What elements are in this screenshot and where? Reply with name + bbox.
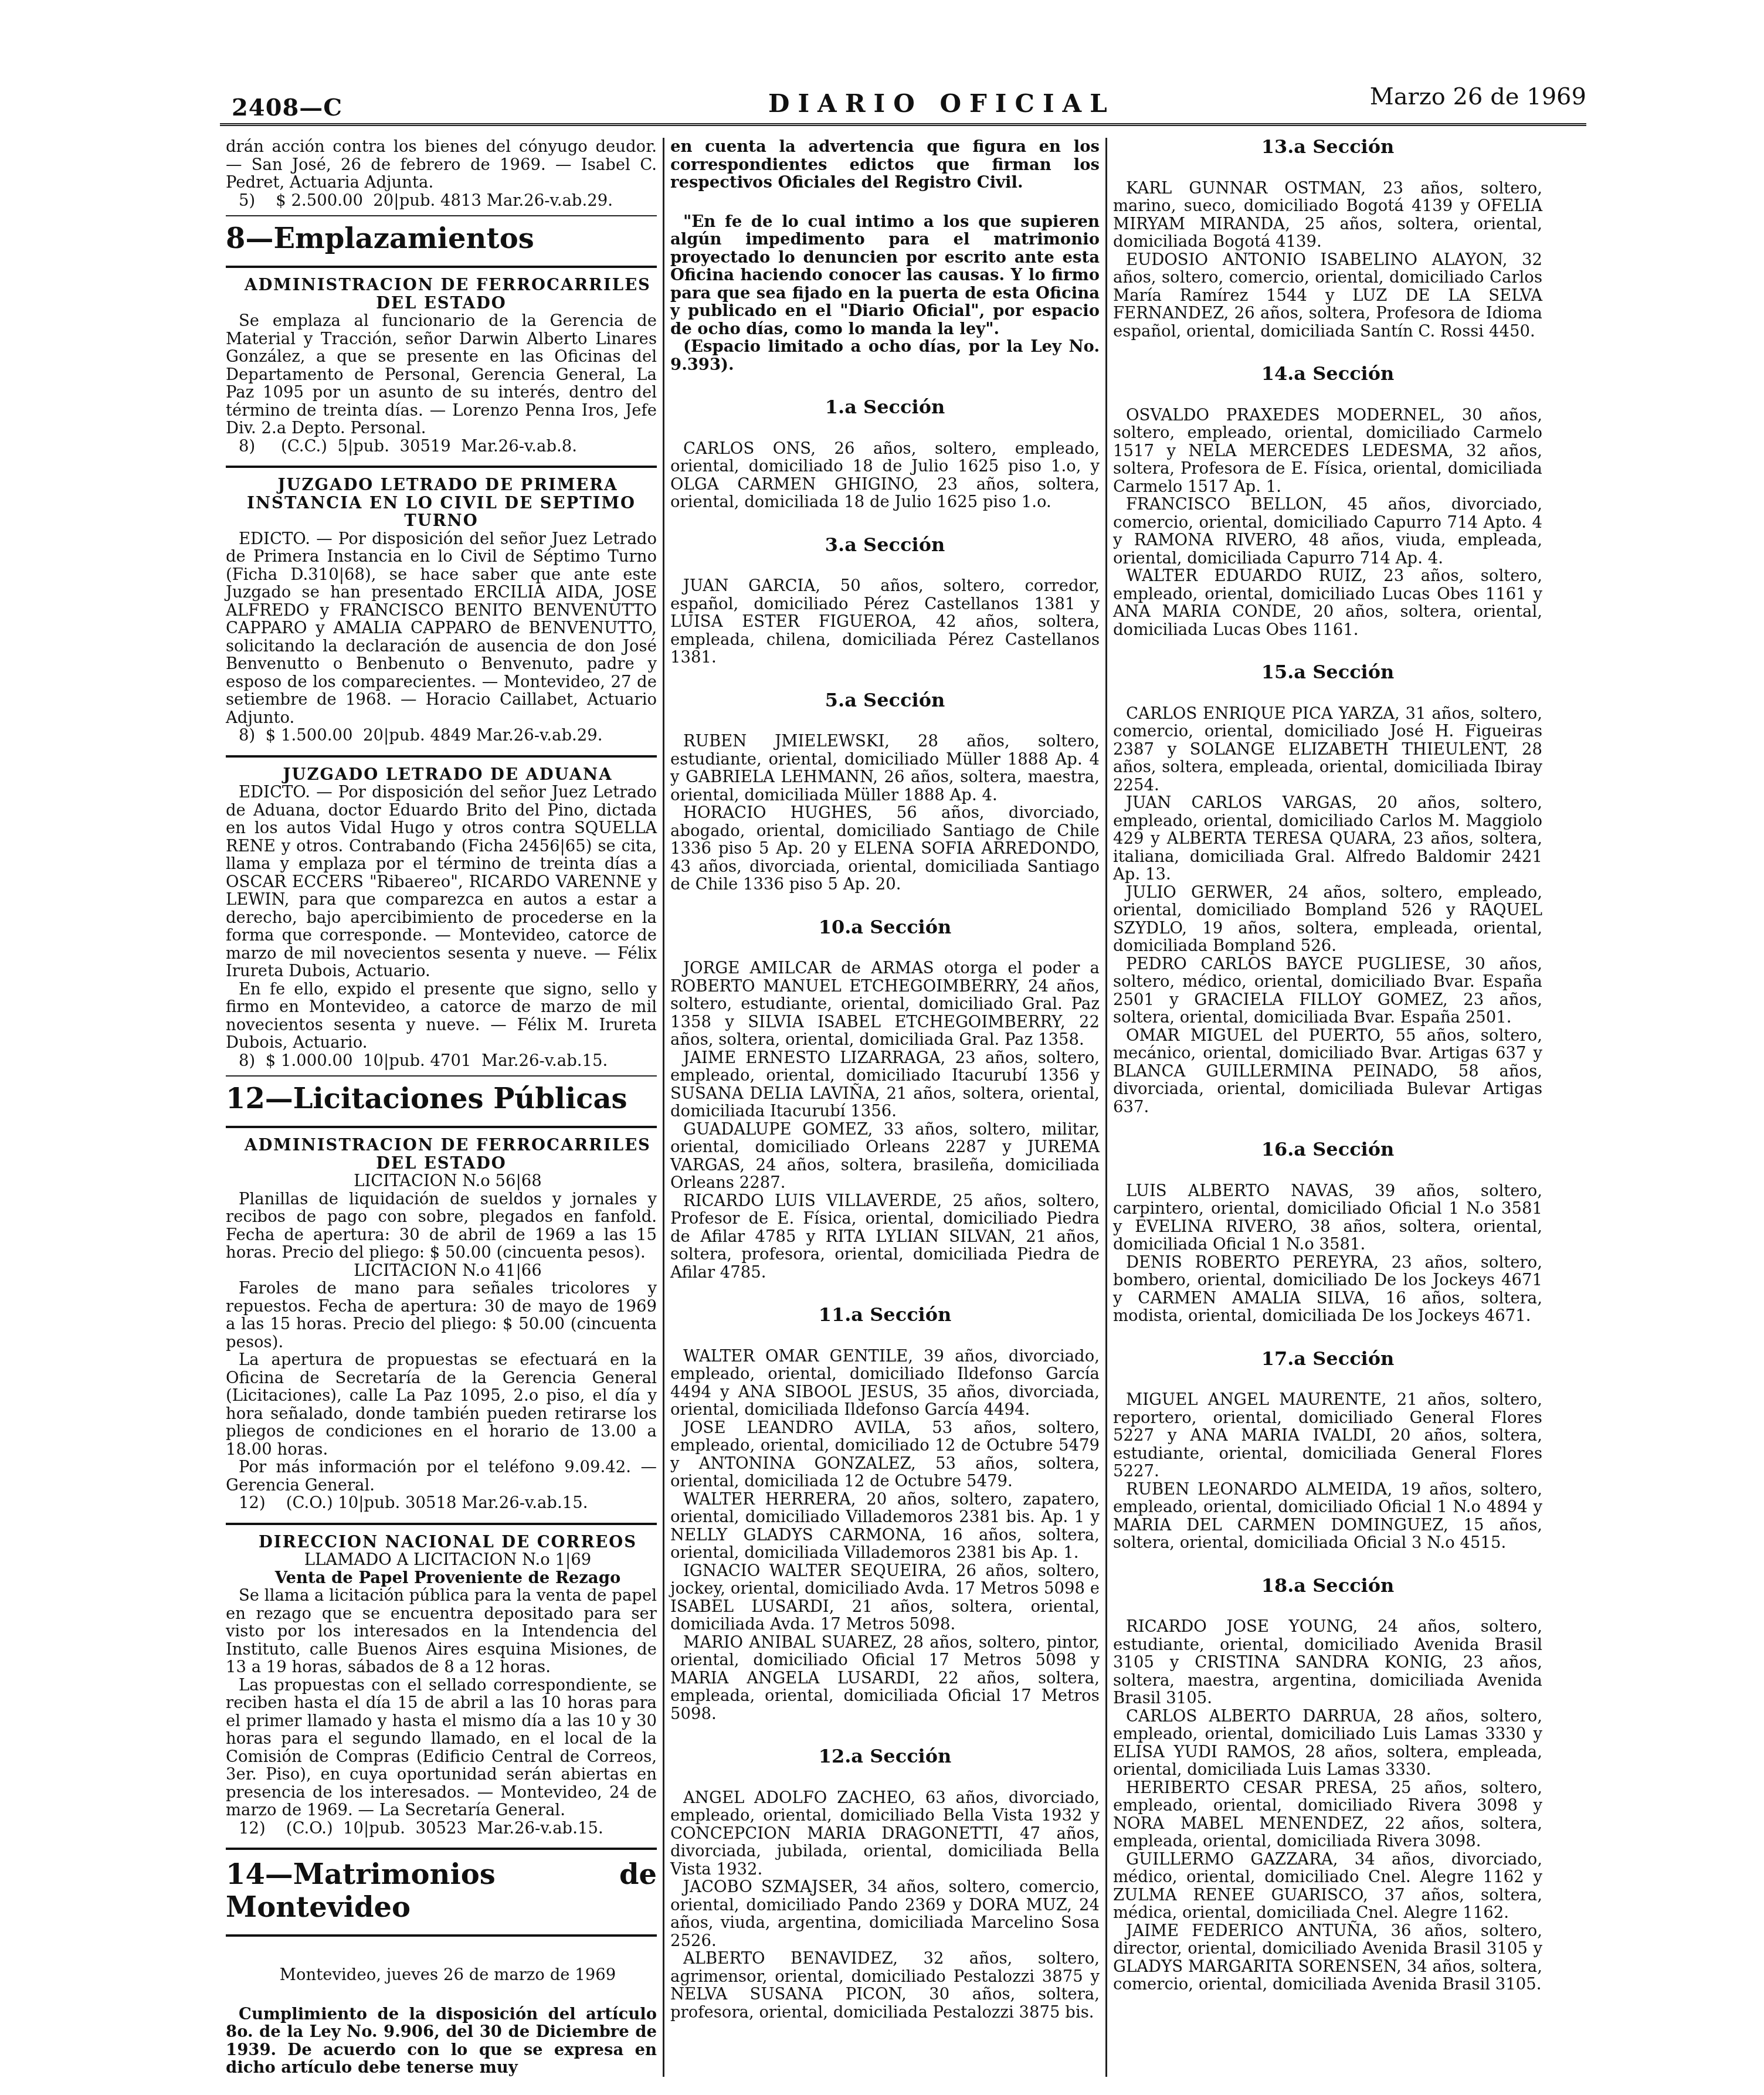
notice-text: Faroles de mano para señales tricolores … [226, 1279, 657, 1351]
publication-line: 12) (C.O.) 10|pub. 30523 Mar.26-v.ab.15. [226, 1819, 657, 1838]
notice-text: EDICTO. — Por disposición del señor Juez… [226, 783, 657, 980]
section-heading-matrimonios: 14—Matrimonios de Montevideo [226, 1858, 657, 1924]
marriage-entry: HORACIO HUGHES, 56 años, divorciado, abo… [670, 804, 1100, 894]
licitacion-title: LLAMADO A LICITACION N.o 1|69 [226, 1551, 657, 1569]
marriage-entry: CARLOS ONS, 26 años, soltero, empleado, … [670, 440, 1100, 511]
notice-org: JUZGADO LETRADO DE ADUANA [226, 766, 657, 784]
marriage-entry: FRANCISCO BELLON, 45 años, divorciado, c… [1113, 495, 1542, 567]
publication-line: 8) $ 1.500.00 20|pub. 4849 Mar.26-v.ab.2… [226, 726, 657, 745]
marriage-entry: RUBEN JMIELEWSKI, 28 años, soltero, estu… [670, 732, 1100, 804]
notice-text: Se emplaza al funcionario de la Gerencia… [226, 312, 657, 437]
notice-text: En fe ello, expido el presente que signo… [226, 980, 657, 1052]
newspaper-page: 2408—C DIARIO OFICIAL Marzo 26 de 1969 d… [220, 82, 1586, 123]
marriage-entry: GUADALUPE GOMEZ, 33 años, soltero, milit… [670, 1120, 1100, 1192]
marriage-entry: JUAN CARLOS VARGAS, 20 años, soltero, em… [1113, 794, 1542, 884]
marriage-entry: WALTER EDUARDO RUIZ, 23 años, soltero, e… [1113, 567, 1542, 639]
divider [226, 1126, 657, 1128]
continued-notice-text: drán acción contra los bienes del cónyug… [226, 138, 657, 192]
publication-line: 8) $ 1.000.00 10|pub. 4701 Mar.26-v.ab.1… [226, 1052, 657, 1070]
marriage-entry: RICARDO JOSE YOUNG, 24 años, soltero, es… [1113, 1618, 1542, 1707]
quote-text: "En fe de lo cual intimo a los que supie… [670, 213, 1100, 338]
espacio-text: (Espacio limitado a ocho días, por la Le… [670, 338, 1100, 373]
notice-org: DIRECCION NACIONAL DE CORREOS [226, 1533, 657, 1551]
column-right: 13.a SecciónKARL GUNNAR OSTMAN, 23 años,… [1105, 138, 1548, 2077]
marriage-sections: 13.a SecciónKARL GUNNAR OSTMAN, 23 años,… [1113, 138, 1542, 1994]
section-heading-licitaciones: 12—Licitaciones Públicas [226, 1082, 657, 1115]
divider [226, 1523, 657, 1525]
marriage-entry: JORGE AMILCAR de ARMAS otorga el poder a… [670, 959, 1100, 1049]
column-left: drán acción contra los bienes del cónyug… [220, 138, 663, 2077]
marriage-entry: JAIME FEDERICO ANTUÑA, 36 años, soltero,… [1113, 1922, 1542, 1994]
marriage-entry: LUIS ALBERTO NAVAS, 39 años, soltero, ca… [1113, 1182, 1542, 1254]
divider [226, 1934, 657, 1937]
seccion-heading: 1.a Sección [670, 398, 1100, 416]
notice-text: Se llama a licitación pública para la ve… [226, 1587, 657, 1676]
publication-line: 12) (C.O.) 10|pub. 30518 Mar.26-v.ab.15. [226, 1494, 657, 1512]
section-heading-emplazamientos: 8—Emplazamientos [226, 222, 657, 255]
divider [226, 1075, 657, 1077]
notice-text: La apertura de propuestas se efectuará e… [226, 1351, 657, 1458]
marriage-sections: 1.a SecciónCARLOS ONS, 26 años, soltero,… [670, 398, 1100, 2021]
notice-text: Por más información por el teléfono 9.09… [226, 1458, 657, 1494]
seccion-heading: 5.a Sección [670, 691, 1100, 709]
notice-text: EDICTO. — Por disposición del señor Juez… [226, 530, 657, 727]
page-number: 2408—C [232, 94, 342, 121]
marriage-entry: OSVALDO PRAXEDES MODERNEL, 30 años, solt… [1113, 406, 1542, 496]
column-middle: en cuenta la advertencia que figura en l… [663, 138, 1105, 2077]
licitacion-subtitle: Venta de Papel Proveniente de Rezago [226, 1569, 657, 1587]
marriage-entry: JAIME ERNESTO LIZARRAGA, 23 años, solter… [670, 1049, 1100, 1120]
marriage-entry: IGNACIO WALTER SEQUEIRA, 26 años, solter… [670, 1562, 1100, 1634]
marriage-entry: DENIS ROBERTO PEREYRA, 23 años, soltero,… [1113, 1254, 1542, 1325]
seccion-heading: 14.a Sección [1113, 365, 1542, 383]
publication-line: 5) $ 2.500.00 20|pub. 4813 Mar.26-v.ab.2… [226, 192, 657, 210]
divider [226, 466, 657, 468]
seccion-heading: 10.a Sección [670, 918, 1100, 936]
seccion-heading: 18.a Sección [1113, 1577, 1542, 1595]
issue-date: Marzo 26 de 1969 [1370, 83, 1586, 110]
marriage-entry: HERIBERTO CESAR PRESA, 25 años, soltero,… [1113, 1779, 1542, 1850]
divider [226, 755, 657, 758]
masthead: 2408—C DIARIO OFICIAL Marzo 26 de 1969 [220, 82, 1586, 123]
marriage-entry: JACOBO SZMAJSER, 34 años, soltero, comer… [670, 1878, 1100, 1950]
marriage-entry: WALTER HERRERA, 20 años, soltero, zapate… [670, 1490, 1100, 1562]
notice-text: Cumplimiento de la disposición del artíc… [226, 2005, 657, 2077]
divider [226, 1848, 657, 1850]
seccion-heading: 17.a Sección [1113, 1350, 1542, 1368]
seccion-heading: 16.a Sección [1113, 1140, 1542, 1159]
marriage-entry: ALBERTO BENAVIDEZ, 32 años, soltero, agr… [670, 1950, 1100, 2021]
marriage-entry: OMAR MIGUEL del PUERTO, 55 años, soltero… [1113, 1027, 1542, 1116]
divider [226, 215, 657, 216]
seccion-heading: 11.a Sección [670, 1306, 1100, 1324]
notice-text: Planillas de liquidación de sueldos y jo… [226, 1190, 657, 1262]
marriage-entry: PEDRO CARLOS BAYCE PUGLIESE, 30 años, so… [1113, 955, 1542, 1027]
notice-org: ADMINISTRACION DE FERROCARRILES DEL ESTA… [226, 276, 657, 312]
matrimonios-date: Montevideo, jueves 26 de marzo de 1969 [226, 1966, 657, 1984]
marriage-entry: JULIO GERWER, 24 años, soltero, empleado… [1113, 884, 1542, 955]
notice-org: ADMINISTRACION DE FERROCARRILES DEL ESTA… [226, 1136, 657, 1172]
marriage-entry: MARIO ANIBAL SUAREZ, 28 años, soltero, p… [670, 1634, 1100, 1723]
marriage-entry: EUDOSIO ANTONIO ISABELINO ALAYON, 32 año… [1113, 251, 1542, 341]
licitacion-title: LICITACION N.o 41|66 [226, 1262, 657, 1280]
marriage-entry: JUAN GARCIA, 50 años, soltero, corredor,… [670, 577, 1100, 667]
seccion-heading: 15.a Sección [1113, 663, 1542, 681]
columns: drán acción contra los bienes del cónyug… [220, 138, 1586, 2077]
marriage-entry: MIGUEL ANGEL MAURENTE, 21 años, soltero,… [1113, 1391, 1542, 1481]
marriage-entry: CARLOS ENRIQUE PICA YARZA, 31 años, solt… [1113, 705, 1542, 794]
publication-title: DIARIO OFICIAL [768, 89, 1115, 118]
marriage-entry: RICARDO LUIS VILLAVERDE, 25 años, solter… [670, 1192, 1100, 1282]
marriage-entry: JOSE LEANDRO AVILA, 53 años, soltero, em… [670, 1419, 1100, 1490]
marriage-entry: RUBEN LEONARDO ALMEIDA, 19 años, soltero… [1113, 1481, 1542, 1552]
marriage-entry: WALTER OMAR GENTILE, 39 años, divorciado… [670, 1347, 1100, 1419]
publication-line: 8) (C.C.) 5|pub. 30519 Mar.26-v.ab.8. [226, 437, 657, 456]
marriage-entry: GUILLERMO GAZZARA, 34 años, divorciado, … [1113, 1850, 1542, 1922]
seccion-heading: 12.a Sección [670, 1747, 1100, 1765]
masthead-rule [220, 123, 1586, 126]
marriage-entry: KARL GUNNAR OSTMAN, 23 años, soltero, ma… [1113, 179, 1542, 251]
seccion-heading: 13.a Sección [1113, 138, 1542, 156]
marriage-entry: CARLOS ALBERTO DARRUA, 28 años, soltero,… [1113, 1707, 1542, 1779]
notice-org: JUZGADO LETRADO DE PRIMERA INSTANCIA EN … [226, 476, 657, 530]
seccion-heading: 3.a Sección [670, 536, 1100, 554]
divider [226, 266, 657, 268]
marriage-entry: ANGEL ADOLFO ZACHEO, 63 años, divorciado… [670, 1789, 1100, 1879]
continued-text: en cuenta la advertencia que figura en l… [670, 138, 1100, 192]
notice-text: Las propuestas con el sellado correspond… [226, 1676, 657, 1819]
licitacion-title: LICITACION N.o 56|68 [226, 1172, 657, 1190]
